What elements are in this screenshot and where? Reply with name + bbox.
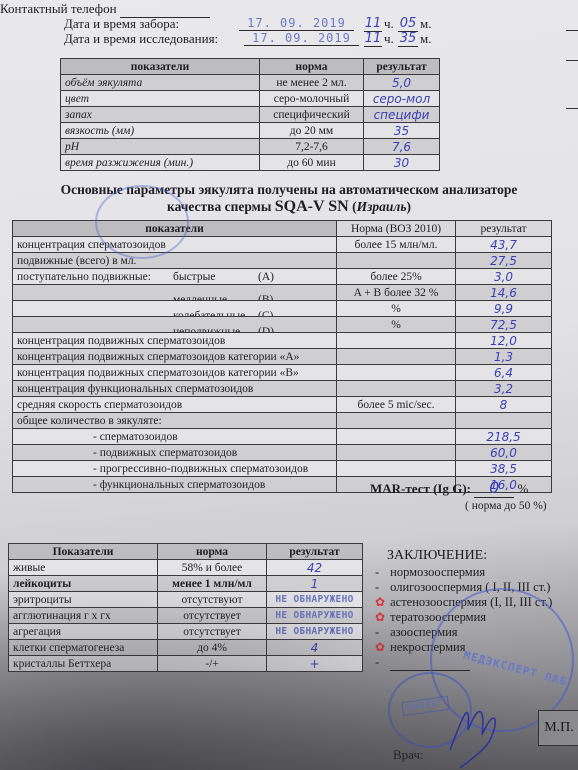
- param-result: 1,3: [456, 349, 552, 365]
- seal-placeholder: М.П.: [538, 710, 578, 746]
- conclusion: ЗАКЛЮЧЕНИЕ: - нормозооспермия- олигозоос…: [375, 548, 552, 580]
- param-norm: до 4%: [158, 640, 267, 656]
- country: Израиль: [357, 199, 407, 214]
- category-label: (C): [258, 309, 273, 317]
- lab-stamp-faint: [95, 185, 189, 259]
- param-name: - подвижных сперматозоидов: [13, 445, 337, 461]
- param-name: запах: [61, 107, 260, 123]
- table-row: концентрация сперматозоидовболее 15 млн/…: [13, 237, 552, 253]
- param-norm: не менее 2 мл.: [260, 75, 364, 91]
- category-label: (A): [258, 270, 274, 284]
- param-result: 9,9: [456, 301, 552, 317]
- study-hour: 11: [364, 31, 382, 47]
- param-result: специфи: [364, 107, 440, 123]
- param-result: 3,0: [456, 269, 552, 285]
- study-date: 17. 09. 2019: [244, 31, 359, 46]
- param-result: 5,0: [364, 75, 440, 91]
- mar-test-label: MAR-тест (Ig G):: [370, 481, 471, 496]
- table-row: концентрация функциональных сперматозоид…: [13, 381, 552, 397]
- sub-label: колебательные: [173, 309, 245, 317]
- param-name: цвет: [61, 91, 260, 107]
- marked-flower-icon: ✿: [375, 595, 387, 610]
- table-row: время разжижения (мин.) до 60 мин 30: [61, 155, 440, 171]
- param-name: подвижные (всего) в мл.: [13, 253, 337, 269]
- marked-flower-icon: ✿: [375, 610, 387, 625]
- param-name: неподвижные (D): [13, 317, 337, 333]
- param-name: концентрация подвижных сперматозоидов ка…: [13, 365, 337, 381]
- param-norm: серо-молочный: [260, 91, 364, 107]
- param-name: агрегация: [9, 624, 158, 640]
- table-row: концентрация подвижных сперматозоидов ка…: [13, 365, 552, 381]
- param-norm: [337, 253, 456, 269]
- edge-mark: [566, 60, 578, 61]
- param-result: 27,5: [456, 253, 552, 269]
- study-minute: 35: [398, 31, 418, 47]
- param-result: 30: [364, 155, 440, 171]
- param-norm: %: [337, 317, 456, 333]
- param-result: серо-мол: [364, 91, 440, 107]
- table-row: общее количество в эякуляте:: [13, 413, 552, 429]
- study-label: Дата и время исследования:: [64, 31, 218, 46]
- table-row: средняя скорость сперматозоидовболее 5 m…: [13, 397, 552, 413]
- dash-icon: -: [375, 655, 387, 670]
- table-row: подвижные (всего) в мл. 27,5: [13, 253, 552, 269]
- param-norm: более 5 mic/sec.: [337, 397, 456, 413]
- table-row: объём эякулята не менее 2 мл. 5,0: [61, 75, 440, 91]
- table-row: медленные (B)A + B более 32 % 14,6: [13, 285, 552, 301]
- conclusion-item: - нормозооспермия: [375, 565, 552, 580]
- collection-date: 17. 09. 2019: [239, 16, 354, 31]
- param-result: 38,5: [456, 461, 552, 477]
- table-row: поступательно подвижные: быстрые (A)боле…: [13, 269, 552, 285]
- hour-suffix: ч.: [384, 31, 394, 47]
- param-name: объём эякулята: [61, 75, 260, 91]
- doctor-label: Врач:: [393, 747, 424, 763]
- col-header: результат: [456, 221, 552, 237]
- param-result: 4: [267, 640, 363, 656]
- param-name: время разжижения (мин.): [61, 155, 260, 171]
- table-row: вязкость (мм) до 20 мм 35: [61, 123, 440, 139]
- param-name: живые: [9, 560, 158, 576]
- param-name: поступательно подвижные: быстрые (A): [13, 269, 337, 285]
- marked-flower-icon: ✿: [375, 640, 387, 655]
- param-norm: менее 1 млн/мл: [158, 576, 267, 592]
- param-result: 35: [364, 123, 440, 139]
- table-row: pH 7,2-7,6 7,6: [61, 139, 440, 155]
- param-norm: [337, 365, 456, 381]
- mar-test: MAR-тест (Ig G): 0 %: [370, 478, 528, 498]
- param-name: концентрация подвижных сперматозоидов ка…: [13, 349, 337, 365]
- conclusion-title: ЗАКЛЮЧЕНИЕ:: [387, 548, 552, 563]
- param-name: концентрация функциональных сперматозоид…: [13, 381, 337, 397]
- dash-icon: -: [375, 565, 387, 580]
- param-result: 1: [267, 576, 363, 592]
- collection-label: Дата и время забора:: [64, 16, 179, 31]
- minute-suffix: м.: [420, 31, 431, 47]
- table-row: концентрация подвижных сперматозоидов ка…: [13, 349, 552, 365]
- param-name: - прогрессивно-подвижных сперматозоидов: [13, 461, 337, 477]
- param-norm: отсутствует: [158, 608, 267, 624]
- param-name: концентрация подвижных сперматозоидов: [13, 333, 337, 349]
- param-name: кристаллы Беттхера: [9, 656, 158, 672]
- category-label: (B): [258, 293, 273, 301]
- table-row: агглютинация г х гх отсутствует НЕ ОБНАР…: [9, 608, 363, 624]
- param-norm: -/+: [158, 656, 267, 672]
- param-result: 3,2: [456, 381, 552, 397]
- mar-test-norm: ( норма до 50 %): [465, 500, 547, 512]
- sub-label: быстрые: [173, 270, 215, 284]
- param-result: 8: [456, 397, 552, 413]
- param-norm: до 60 мин: [260, 155, 364, 171]
- param-norm: [337, 429, 456, 445]
- param-result: 218,5: [456, 429, 552, 445]
- param-norm: отсутствуют: [158, 592, 267, 608]
- table-row: лейкоциты менее 1 млн/мл 1: [9, 576, 363, 592]
- stamp-lab-name: МЕДЭКСПЕРТ ЛАБ: [462, 648, 568, 688]
- edge-mark: [566, 30, 578, 31]
- section-title-line2: качества спермы SQA-V SN (Израиль): [0, 198, 578, 216]
- param-norm: отсутствует: [158, 624, 267, 640]
- table-row: неподвижные (D)% 72,5: [13, 317, 552, 333]
- minute-suffix: м.: [420, 16, 431, 32]
- param-norm: A + B более 32 %: [337, 285, 456, 301]
- section-title: Основные параметры эякулята получены на …: [0, 182, 578, 216]
- table-row: эритроциты отсутствуют НЕ ОБНАРУЖЕНО: [9, 592, 363, 608]
- sub-label: неподвижные: [173, 325, 240, 333]
- col-header: результат: [267, 544, 363, 560]
- param-norm: [337, 445, 456, 461]
- table-row: агрегация отсутствует НЕ ОБНАРУЖЕНО: [9, 624, 363, 640]
- table-row: живые 58% и более 42: [9, 560, 363, 576]
- analyzer-params-table: показатели Норма (ВОЗ 2010) результат ко…: [12, 220, 552, 493]
- mar-test-unit: %: [518, 481, 529, 496]
- table-row: запах специфический специфи: [61, 107, 440, 123]
- group-label: поступательно подвижные:: [17, 271, 151, 283]
- col-header: норма: [158, 544, 267, 560]
- param-name: - функциональных сперматозоидов: [13, 477, 337, 493]
- param-name: колебательные (C): [13, 301, 337, 317]
- param-norm: специфический: [260, 107, 364, 123]
- param-name: общее количество в эякуляте:: [13, 413, 337, 429]
- param-norm: 58% и более: [158, 560, 267, 576]
- param-result: НЕ ОБНАРУЖЕНО: [267, 592, 363, 608]
- hour-suffix: ч.: [384, 16, 394, 32]
- table-row: концентрация подвижных сперматозоидов 12…: [13, 333, 552, 349]
- table-row: клетки сперматогенеза до 4% 4: [9, 640, 363, 656]
- conclusion-text: нормозооспермия: [390, 565, 485, 579]
- category-label: (D): [258, 325, 274, 333]
- param-norm: [337, 461, 456, 477]
- mar-test-value: 0: [474, 478, 514, 498]
- param-result: 72,5: [456, 317, 552, 333]
- edge-mark: [566, 108, 578, 109]
- table-row: - прогрессивно-подвижных сперматозоидов …: [13, 461, 552, 477]
- table-row: цвет серо-молочный серо-мол: [61, 91, 440, 107]
- param-result: [456, 413, 552, 429]
- param-result: 6,4: [456, 365, 552, 381]
- collection-row: Дата и время забора: 17. 09. 2019 11 ч. …: [64, 16, 484, 32]
- signature: [440, 690, 510, 770]
- sub-label: медленные: [173, 293, 227, 301]
- table-row: колебательные (C)% 9,9: [13, 301, 552, 317]
- param-name: средняя скорость сперматозоидов: [13, 397, 337, 413]
- physical-params-table: показатели норма результат объём эякулят…: [60, 58, 440, 171]
- col-header: показатели: [61, 59, 260, 75]
- param-norm: [337, 381, 456, 397]
- section-title-line1: Основные параметры эякулята получены на …: [0, 182, 578, 198]
- collection-hour: 11: [364, 16, 382, 32]
- study-row: Дата и время исследования: 17. 09. 2019 …: [64, 31, 484, 47]
- param-result: НЕ ОБНАРУЖЕНО: [267, 624, 363, 640]
- param-norm: до 20 мм: [260, 123, 364, 139]
- dash-icon: -: [375, 625, 387, 640]
- param-result: 60,0: [456, 445, 552, 461]
- param-name: агглютинация г х гх: [9, 608, 158, 624]
- param-result: 43,7: [456, 237, 552, 253]
- col-header: результат: [364, 59, 440, 75]
- table-row: - подвижных сперматозоидов 60,0: [13, 445, 552, 461]
- param-result: НЕ ОБНАРУЖЕНО: [267, 608, 363, 624]
- param-name: pH: [61, 139, 260, 155]
- param-norm: [337, 349, 456, 365]
- param-norm: более 15 млн/мл.: [337, 237, 456, 253]
- param-name: медленные (B): [13, 285, 337, 301]
- phone-label: Контактный телефон: [0, 1, 117, 16]
- param-name: вязкость (мм): [61, 123, 260, 139]
- col-header: Показатели: [9, 544, 158, 560]
- table-row: кристаллы Беттхера -/+ +: [9, 656, 363, 672]
- param-norm: более 25%: [337, 269, 456, 285]
- dash-icon: -: [375, 580, 387, 595]
- param-name: - сперматозоидов: [13, 429, 337, 445]
- param-result: 7,6: [364, 139, 440, 155]
- param-name: клетки сперматогенеза: [9, 640, 158, 656]
- col-header: норма: [260, 59, 364, 75]
- param-norm: [337, 333, 456, 349]
- additional-params-table: Показатели норма результат живые 58% и б…: [8, 543, 363, 672]
- col-header: Норма (ВОЗ 2010): [337, 221, 456, 237]
- param-norm: [337, 413, 456, 429]
- param-result: 12,0: [456, 333, 552, 349]
- table-row: - сперматозоидов 218,5: [13, 429, 552, 445]
- param-norm: %: [337, 301, 456, 317]
- param-name: эритроциты: [9, 592, 158, 608]
- param-result: 14,6: [456, 285, 552, 301]
- param-result: 42: [267, 560, 363, 576]
- collection-minute: 05: [398, 16, 418, 32]
- param-name: лейкоциты: [9, 576, 158, 592]
- param-result: +: [267, 656, 363, 672]
- device-name: SQA-V SN: [275, 198, 349, 215]
- param-norm: 7,2-7,6: [260, 139, 364, 155]
